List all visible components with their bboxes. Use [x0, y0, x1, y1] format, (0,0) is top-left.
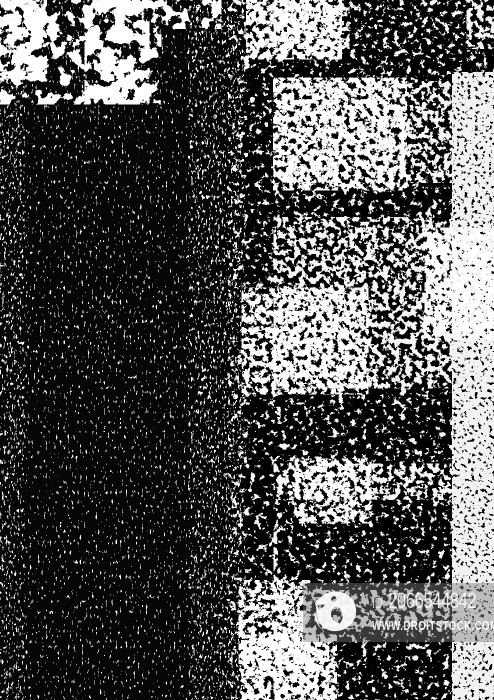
texture-light-patch-upper [276, 80, 404, 188]
texture-topleft-patchiness [0, 0, 158, 102]
texture-right-edge-bright-patch [426, 230, 494, 338]
watermark-id-line: ID:2066544842 [372, 589, 476, 616]
texture-light-patch-middle [244, 290, 366, 392]
texture-left-boundary-speckles [190, 0, 244, 700]
logo-body [315, 591, 356, 631]
droitstock-logo-icon [313, 589, 359, 635]
watermark-website: WWW.DROITSTOCK.COM [372, 619, 494, 633]
watermark-id-label: ID: [372, 595, 385, 612]
texture-topright-dark-patch [352, 0, 464, 48]
texture-top-edge-speckles [148, 0, 220, 28]
watermark-id-value: 2066544842 [388, 588, 476, 613]
texture-left-edge-speckles [0, 40, 24, 700]
texture-light-patch-top [248, 0, 340, 58]
watermark-text-block: ID:2066544842 WWW.DROITSTOCK.COM [372, 589, 494, 635]
watermark-bar: ID:2066544842 WWW.DROITSTOCK.COM [303, 583, 494, 642]
texture-light-patch-lower [296, 460, 370, 522]
texture-light-patch-bottom [243, 636, 335, 700]
stock-image-canvas: ID:2066544842 WWW.DROITSTOCK.COM [0, 0, 494, 700]
